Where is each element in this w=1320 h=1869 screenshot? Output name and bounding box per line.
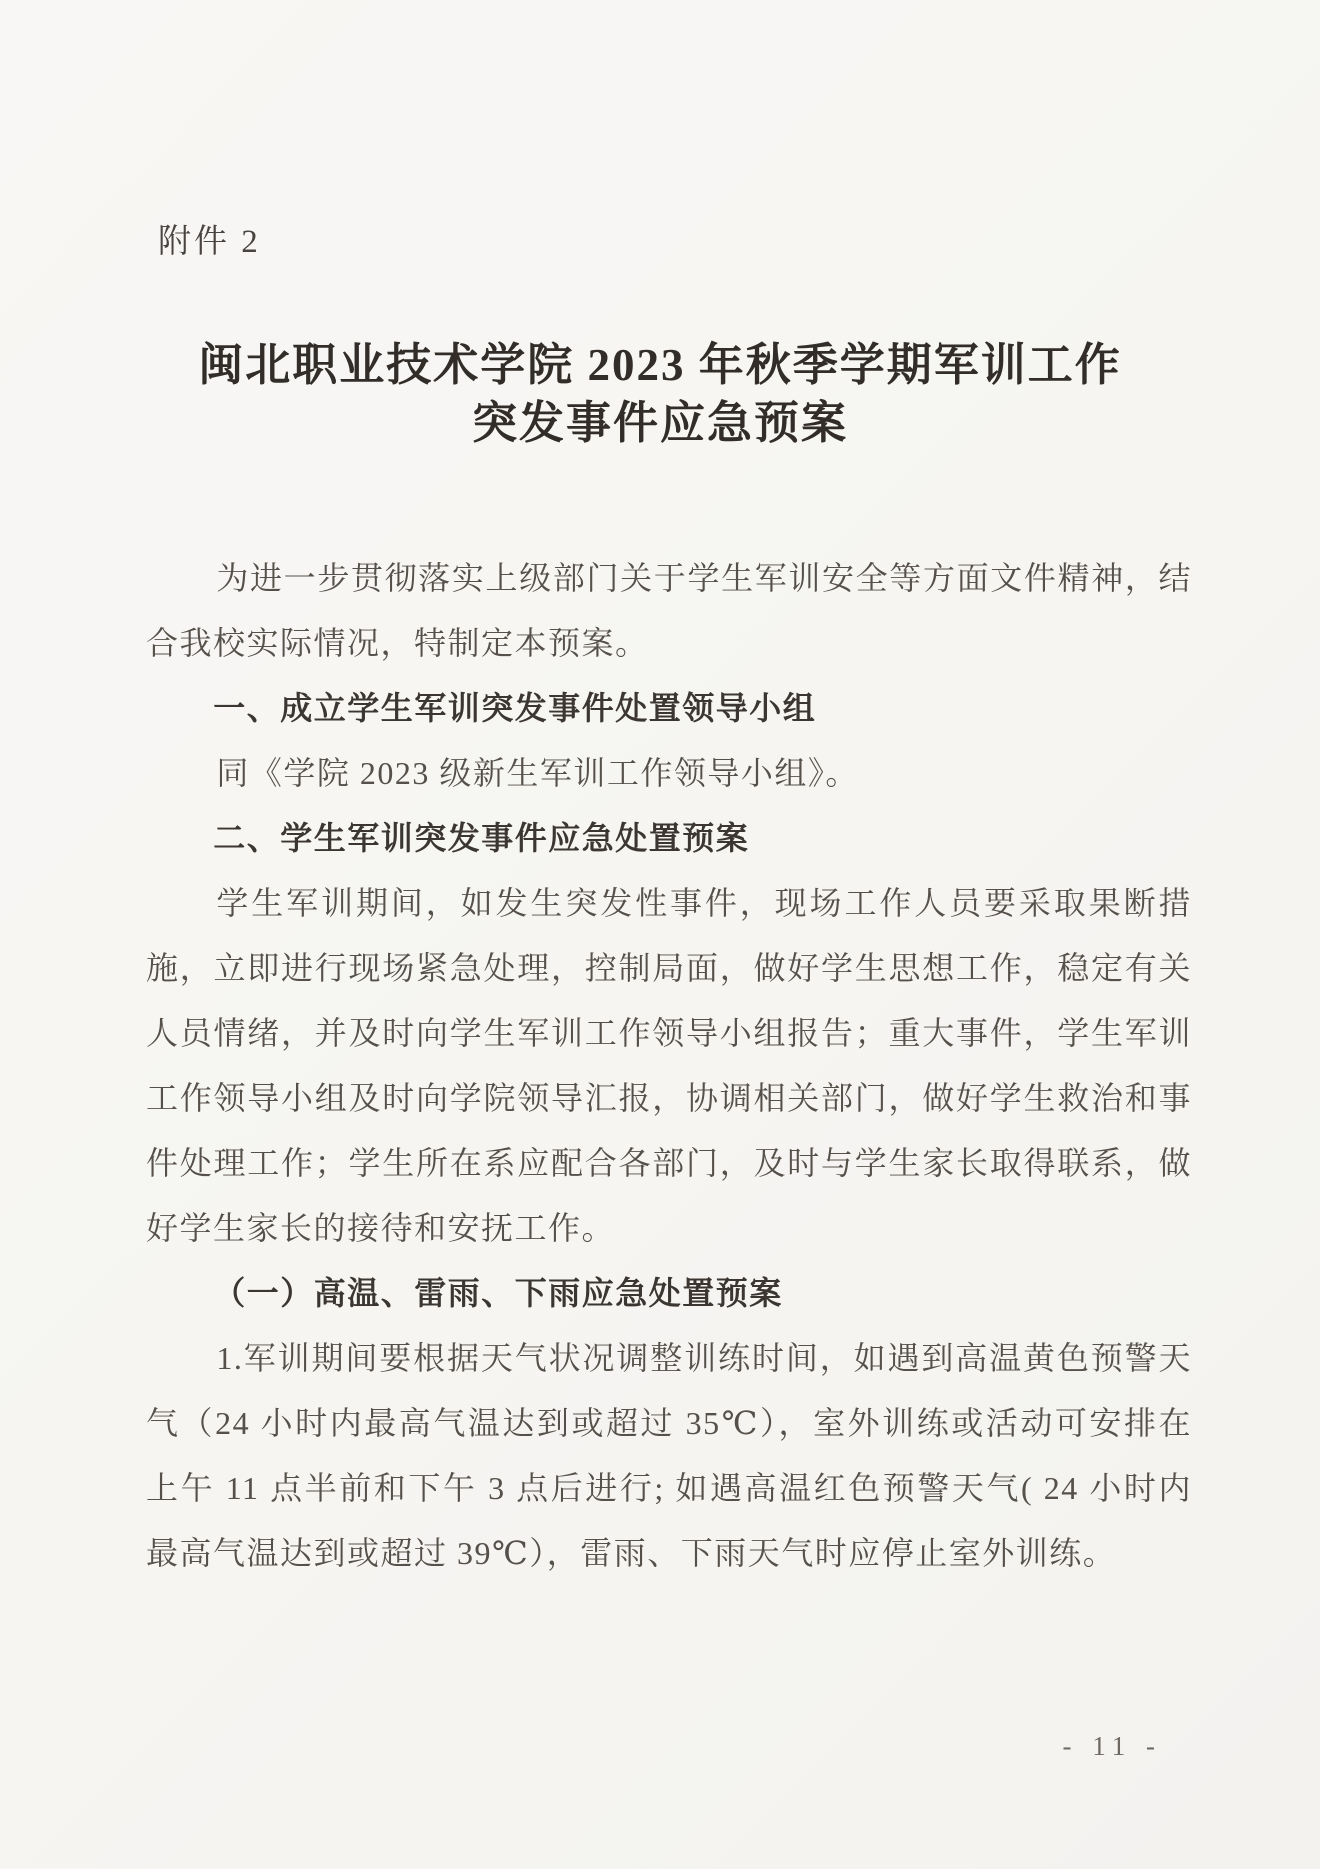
paragraph-section-2: 学生军训期间，如发生突发性事件，现场工作人员要采取果断措施，立即进行现场紧急处理…: [146, 871, 1192, 1261]
page-number: - 11 -: [1063, 1730, 1162, 1762]
section-heading-1: 一、成立学生军训突发事件处置领导小组: [146, 676, 1192, 741]
subsection-heading-2-1: （一）高温、雷雨、下雨应急处置预案: [146, 1261, 1192, 1326]
scanned-document-page: 附件 2 闽北职业技术学院 2023 年秋季学期军训工作 突发事件应急预案 为进…: [0, 0, 1320, 1869]
attachment-label: 附件 2: [158, 222, 1320, 262]
document-body: 为进一步贯彻落实上级部门关于学生军训安全等方面文件精神，结合我校实际情况，特制定…: [146, 546, 1192, 1586]
section-heading-2: 二、学生军训突发事件应急处置预案: [146, 806, 1192, 871]
paragraph-intro: 为进一步贯彻落实上级部门关于学生军训安全等方面文件精神，结合我校实际情况，特制定…: [146, 546, 1192, 676]
document-title: 闽北职业技术学院 2023 年秋季学期军训工作 突发事件应急预案: [90, 336, 1230, 452]
paragraph-subsection-2-1: 1.军训期间要根据天气状况调整训练时间，如遇到高温黄色预警天气（24 小时内最高…: [146, 1326, 1192, 1586]
document-title-line-1: 闽北职业技术学院 2023 年秋季学期军训工作: [90, 336, 1230, 394]
paragraph-section-1: 同《学院 2023 级新生军训工作领导小组》。: [146, 741, 1192, 806]
document-title-line-2: 突发事件应急预案: [90, 394, 1230, 452]
